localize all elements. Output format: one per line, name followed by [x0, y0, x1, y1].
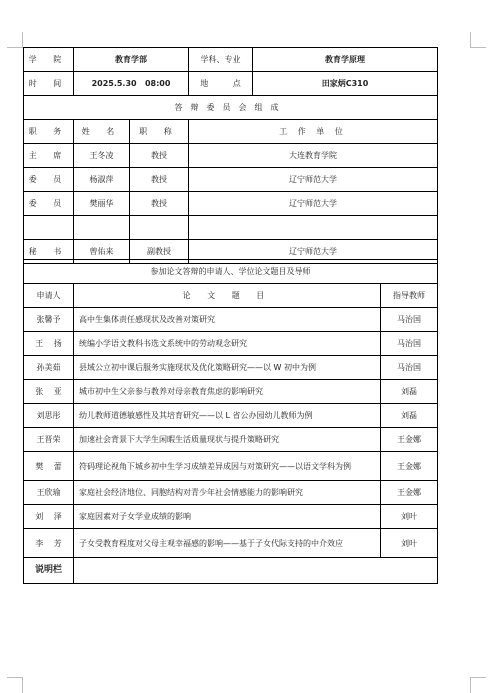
committee-name [74, 216, 130, 240]
committee-unit: 大连教育学院 [189, 144, 438, 168]
college-label: 学 院 [24, 48, 74, 72]
committee-unit [189, 216, 438, 240]
thesis-topic: 县域公立初中课后服务实施现状及优化策略研究——以 W 初中为例 [74, 356, 381, 380]
thesis-row: 孙美茹 县域公立初中课后服务实施现状及优化策略研究——以 W 初中为例 马治国 [24, 356, 438, 380]
thesis-row: 王欣瑜 家庭社会经济地位、同胞结构对青少年社会情感能力的影响研究 王金娜 [24, 481, 438, 505]
thesis-row: 刘思彤 幼儿教师道德敏感性及其培育研究——以 L 省公办园幼儿教师为例 刘磊 [24, 404, 438, 428]
committee-title: 教授 [130, 168, 189, 192]
committee-name: 王冬凌 [74, 144, 130, 168]
page-corner-mark-bottom-left [7, 677, 23, 693]
thesis-topic: 幼儿教师道德敏感性及其培育研究——以 L 省公办园幼儿教师为例 [74, 404, 381, 428]
thesis-header-row: 申请人 论 文 题 目 指导教师 [24, 284, 438, 308]
applicant-name: 王 扬 [24, 332, 74, 356]
applicant-name: 樊 蕾 [24, 452, 74, 481]
major-value: 教育学原理 [253, 48, 438, 72]
applicant-name: 孙美茹 [24, 356, 74, 380]
advisor-name: 马治国 [381, 356, 438, 380]
advisor-name: 王金娜 [381, 428, 438, 452]
major-label: 学科、专业 [189, 48, 253, 72]
thesis-table: 参加论文答辩的申请人、学位论文题目及导师 申请人 论 文 题 目 指导教师 张馨… [23, 259, 438, 584]
committee-title-row: 答辩委员会组成 [24, 96, 438, 120]
applicant-name: 李 芳 [24, 529, 74, 558]
page-corner-mark-top-left [7, 32, 23, 48]
thesis-col-topic: 论 文 题 目 [74, 284, 381, 308]
page-corner-mark-bottom-right [470, 677, 486, 693]
advisor-name: 王金娜 [381, 481, 438, 505]
time-row: 时 间 2025.5.30 08:00 地 点 田家炳C310 [24, 72, 438, 96]
thesis-row: 李 芳 子女受教育程度对父母主观幸福感的影响——基于子女代际支持的中介效应 刘叶 [24, 529, 438, 558]
advisor-name: 王金娜 [381, 452, 438, 481]
thesis-row: 王 扬 统编小学语文教科书选文系统中的劳动观念研究 马治国 [24, 332, 438, 356]
thesis-title-row: 参加论文答辩的申请人、学位论文题目及导师 [24, 260, 438, 284]
committee-header-row: 职 务 姓 名 职 称 工 作 单 位 [24, 120, 438, 144]
thesis-row: 刘 泽 家庭因素对子女学业成绩的影响 刘叶 [24, 505, 438, 529]
thesis-row: 樊 蕾 符码理论视角下城乡初中生学习成绩差异成因与对策研究——以语文学科为例 王… [24, 452, 438, 481]
thesis-topic: 城市初中生父亲参与教养对母亲教育焦虑的影响研究 [74, 380, 381, 404]
committee-col-role: 职 务 [24, 120, 74, 144]
advisor-name: 刘磊 [381, 404, 438, 428]
remarks-row: 说明栏 [24, 558, 438, 584]
advisor-name: 刘磊 [381, 380, 438, 404]
committee-name: 樊丽华 [74, 192, 130, 216]
committee-role [24, 216, 74, 240]
college-value: 教育学部 [74, 48, 189, 72]
applicant-name: 王欣瑜 [24, 481, 74, 505]
thesis-topic: 家庭社会经济地位、同胞结构对青少年社会情感能力的影响研究 [74, 481, 381, 505]
thesis-topic: 高中生集体责任感现状及改善对策研究 [74, 308, 381, 332]
advisor-name: 刘叶 [381, 529, 438, 558]
time-label: 时 间 [24, 72, 74, 96]
thesis-col-advisor: 指导教师 [381, 284, 438, 308]
thesis-topic: 家庭因素对子女学业成绩的影响 [74, 505, 381, 529]
place-value: 田家炳C310 [253, 72, 438, 96]
remarks-label: 说明栏 [24, 558, 74, 584]
applicant-name: 刘思彤 [24, 404, 74, 428]
committee-title: 答辩委员会组成 [24, 96, 438, 120]
committee-col-name: 姓 名 [74, 120, 130, 144]
thesis-topic: 符码理论视角下城乡初中生学习成绩差异成因与对策研究——以语文学科为例 [74, 452, 381, 481]
remarks-value [74, 558, 438, 584]
thesis-topic: 子女受教育程度对父母主观幸福感的影响——基于子女代际支持的中介效应 [74, 529, 381, 558]
thesis-topic: 统编小学语文教科书选文系统中的劳动观念研究 [74, 332, 381, 356]
committee-unit: 辽宁师范大学 [189, 192, 438, 216]
place-label: 地 点 [189, 72, 253, 96]
advisor-name: 马治国 [381, 308, 438, 332]
college-row: 学 院 教育学部 学科、专业 教育学原理 [24, 48, 438, 72]
defense-info-table: 学 院 教育学部 学科、专业 教育学原理 时 间 2025.5.30 08:00… [23, 47, 438, 264]
committee-title [130, 216, 189, 240]
committee-name: 杨淑萍 [74, 168, 130, 192]
thesis-row: 张 亚 城市初中生父亲参与教养对母亲教育焦虑的影响研究 刘磊 [24, 380, 438, 404]
committee-role: 主 席 [24, 144, 74, 168]
applicant-name: 刘 泽 [24, 505, 74, 529]
applicant-name: 王晋荣 [24, 428, 74, 452]
applicant-name: 张馨予 [24, 308, 74, 332]
thesis-topic: 加速社会背景下大学生闲暇生活质量现状与提升策略研究 [74, 428, 381, 452]
committee-row: 委 员 樊丽华 教授 辽宁师范大学 [24, 192, 438, 216]
thesis-row: 王晋荣 加速社会背景下大学生闲暇生活质量现状与提升策略研究 王金娜 [24, 428, 438, 452]
thesis-col-applicant: 申请人 [24, 284, 74, 308]
advisor-name: 刘叶 [381, 505, 438, 529]
time-value: 2025.5.30 08:00 [74, 72, 189, 96]
committee-col-title: 职 称 [130, 120, 189, 144]
committee-col-unit: 工 作 单 位 [189, 120, 438, 144]
committee-role: 委 员 [24, 192, 74, 216]
committee-row: 主 席 王冬凌 教授 大连教育学院 [24, 144, 438, 168]
thesis-row: 张馨予 高中生集体责任感现状及改善对策研究 马治国 [24, 308, 438, 332]
thesis-section-title: 参加论文答辩的申请人、学位论文题目及导师 [24, 260, 438, 284]
advisor-name: 马治国 [381, 332, 438, 356]
applicant-name: 张 亚 [24, 380, 74, 404]
committee-unit: 辽宁师范大学 [189, 168, 438, 192]
committee-title: 教授 [130, 144, 189, 168]
committee-row: 委 员 杨淑萍 教授 辽宁师范大学 [24, 168, 438, 192]
committee-role: 委 员 [24, 168, 74, 192]
committee-title: 教授 [130, 192, 189, 216]
page-corner-mark-top-right [470, 32, 486, 48]
committee-row-empty [24, 216, 438, 240]
